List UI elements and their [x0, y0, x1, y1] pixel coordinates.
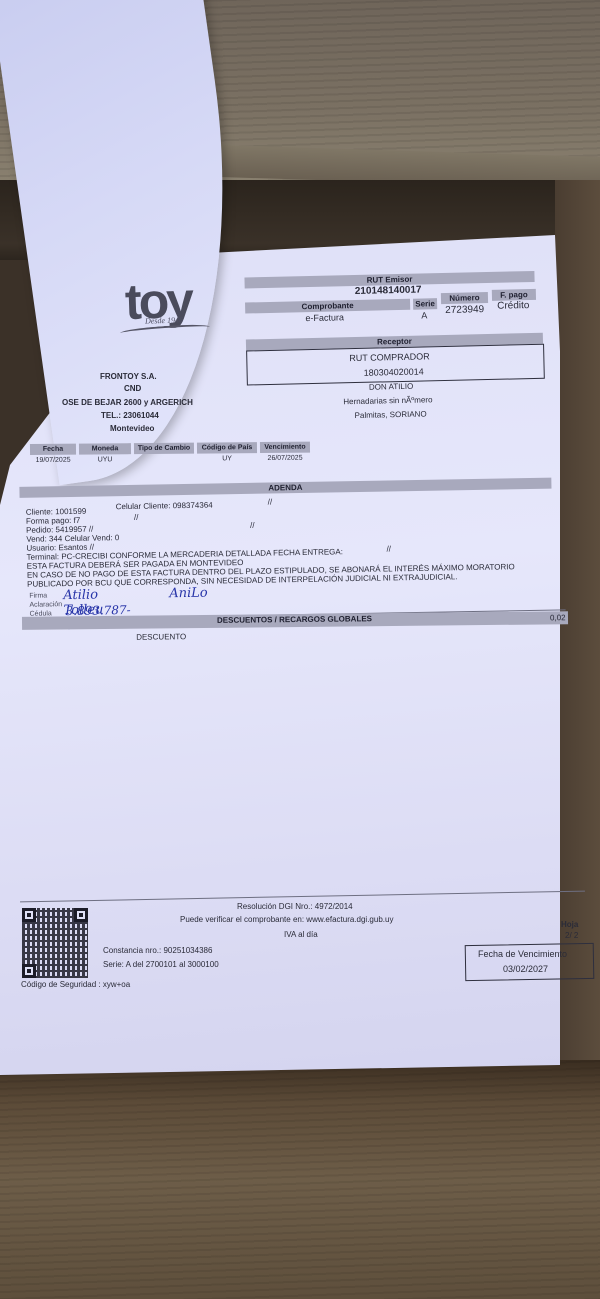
info-header-fecha: Fecha: [30, 444, 76, 455]
handwritten-signature-mark: AniLo: [169, 586, 208, 602]
qr-finder-bottom-left: [22, 964, 36, 978]
info-value-0: 19/07/2025: [30, 457, 76, 464]
descuentos-amount: 0,02: [550, 613, 566, 622]
vencimiento-value: 03/02/2027: [503, 964, 548, 974]
receptor-rut-label: RUT COMPRADOR: [349, 351, 430, 363]
serie-value: A: [421, 310, 427, 320]
receptor-address: Hernadarias sin nÃºmero: [343, 395, 432, 406]
adenda-label: ADENDA: [268, 483, 302, 493]
hoja-value: 2/ 2: [565, 931, 578, 940]
logo-tagline: Desde 1946: [145, 315, 183, 325]
fpago-label: F. pago: [492, 289, 536, 301]
info-header-tipo-de-cambio: Tipo de Cambio: [134, 443, 194, 455]
vencimiento-label: Fecha de Vencimiento: [478, 949, 567, 959]
info-header-vencimiento: Vencimiento: [260, 442, 310, 453]
adenda-slashes-3: //: [250, 521, 255, 530]
info-value-4: 26/07/2025: [260, 455, 310, 462]
adenda-label-bar: ADENDA: [19, 478, 551, 498]
adenda-slashes-1: //: [268, 497, 273, 506]
descuentos-label: DESCUENTOS / RECARGOS GLOBALES: [217, 614, 372, 625]
numero-label: Número: [441, 292, 488, 304]
issuer-subtitle: CND: [124, 384, 141, 393]
info-header-c-digo-de-pa-s: Código de País: [197, 442, 257, 454]
info-header-moneda: Moneda: [79, 443, 131, 454]
iva-al-dia: IVA al día: [284, 930, 318, 939]
info-value-2: [134, 456, 194, 457]
serie-rango: Serie: A del 2700101 al 3000100: [103, 960, 219, 969]
qr-finder-top-right: [74, 908, 88, 922]
resolucion-dgi: Resolución DGI Nro.: 4972/2014: [237, 902, 353, 911]
rut-emisor-value: 210148140017: [355, 285, 422, 298]
issuer-city: Montevideo: [110, 424, 154, 433]
info-value-1: UYU: [79, 456, 131, 463]
codigo-seguridad: Código de Seguridad : xyw+oa: [21, 980, 130, 989]
adenda-celular-cliente: Celular Cliente: 098374364: [116, 501, 213, 512]
numero-value: 2723949: [445, 304, 484, 316]
aclaracion-label: Aclaración: [29, 601, 62, 609]
receptor-rut-value: 180304020014: [364, 366, 424, 377]
serie-label: Serie: [413, 298, 437, 310]
qr-finder-top-left: [22, 908, 36, 922]
adenda-slashes-4: //: [386, 544, 391, 553]
issuer-address: OSE DE BEJAR 2600 y ARGERICH: [62, 398, 193, 407]
comprobante-label: Comprobante: [245, 299, 410, 314]
info-value-3: UY: [197, 455, 257, 463]
receptor-rut-box: [246, 344, 545, 386]
firma-label: Firma: [29, 592, 47, 599]
receptor-name: DON ATILIO: [369, 382, 414, 392]
issuer-name: FRONTOY S.A.: [100, 372, 157, 381]
constancia-nro: Constancia nro.: 90251034386: [103, 946, 212, 955]
invoice-document: toy Desde 1946 RUT Emisor 210148140017 C…: [0, 0, 600, 1299]
descuento-item: DESCUENTO: [136, 632, 186, 642]
hoja-label: Hoja: [561, 920, 578, 929]
footer-rule: [20, 891, 585, 903]
issuer-phone: TEL.: 23061044: [101, 411, 159, 420]
adenda-slashes-2: //: [134, 513, 139, 522]
fpago-value: Crédito: [497, 300, 529, 312]
comprobante-value: e-Factura: [305, 312, 344, 323]
verificar-comprobante: Puede verificar el comprobante en: www.e…: [180, 915, 393, 924]
receptor-city: Palmitas, SORIANO: [355, 409, 427, 420]
